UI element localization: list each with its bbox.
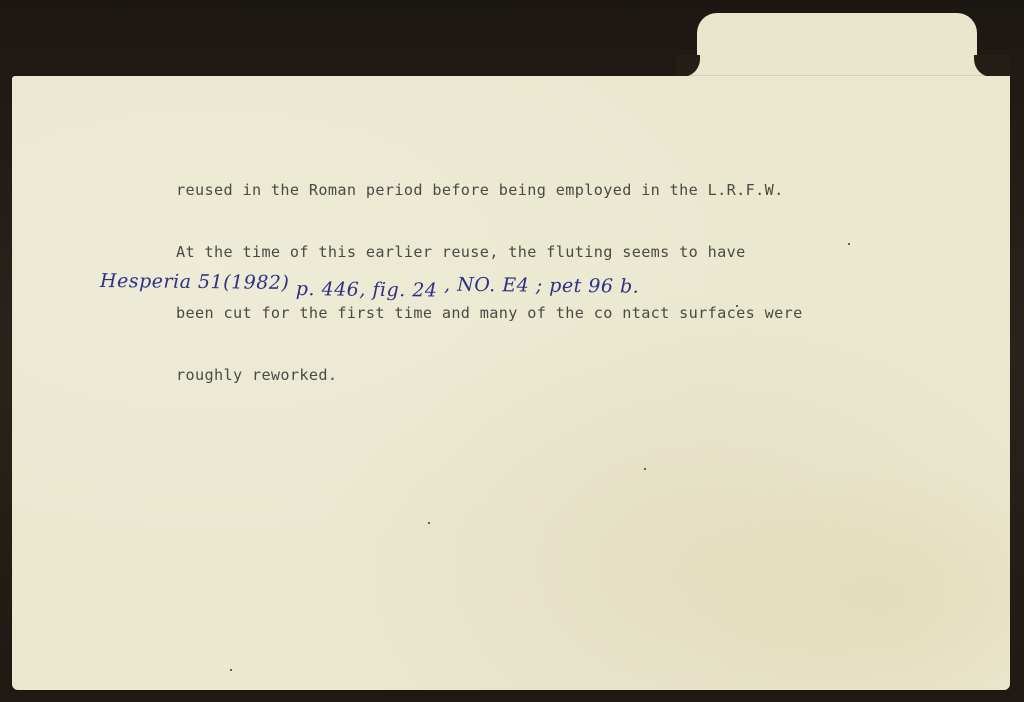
typed-line: At the time of this earlier reuse, the f… — [176, 242, 803, 263]
paper-speck — [644, 468, 646, 470]
citation-page-figure: p. 446, fig. 24 — [296, 278, 438, 301]
typed-line: reused in the Roman period before being … — [176, 180, 803, 201]
citation-number: , NO. E4 ; pet 96 b. — [444, 274, 639, 298]
citation-journal: Hesperia 51(1982) — [100, 270, 290, 294]
paper-speck — [230, 669, 232, 671]
typed-line: been cut for the first time and many of … — [176, 303, 803, 324]
paper-speck — [736, 305, 738, 307]
card-tab — [697, 13, 977, 83]
paper-speck — [428, 522, 430, 524]
paper-speck — [848, 243, 850, 245]
typed-line: roughly reworked. — [176, 365, 803, 386]
